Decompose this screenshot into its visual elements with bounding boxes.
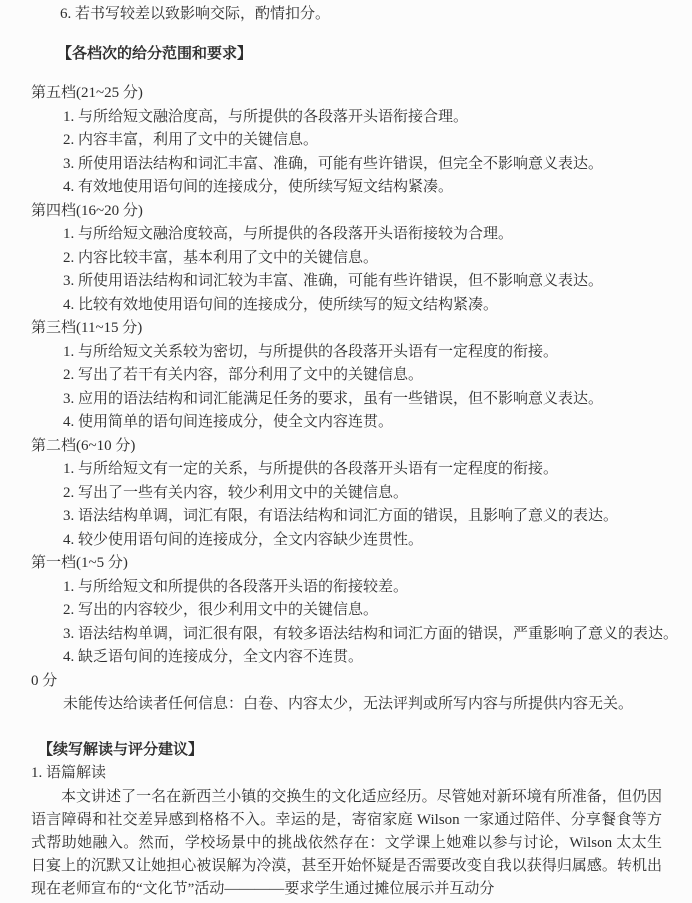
band-item: 4. 比较有效地使用语句间的连接成分，使所续写的短文结构紧凑。 xyxy=(0,294,692,318)
band-item: 2. 写出的内容较少，很少利用文中的关键信息。 xyxy=(0,599,692,623)
band-title: 第四档(16~20 分) xyxy=(0,200,692,224)
band-item: 1. 与所给短文融洽度较高，与所提供的各段落开头语衔接较为合理。 xyxy=(0,223,692,247)
discourse-analysis-paragraph: 本文讲述了一名在新西兰小镇的交换生的文化适应经历。尽管她对新环境有所准备，但仍因… xyxy=(31,786,662,901)
band-four: 第四档(16~20 分) 1. 与所给短文融洽度较高，与所提供的各段落开头语衔接… xyxy=(0,200,692,318)
band-two: 第二档(6~10 分) 1. 与所给短文有一定的关系，与所提供的各段落开头语有一… xyxy=(0,435,692,553)
band-item: 3. 所使用语法结构和词汇较为丰富、准确，可能有些许错误，但不影响意义表达。 xyxy=(0,270,692,294)
band-item: 2. 写出了若干有关内容，部分利用了文中的关键信息。 xyxy=(0,364,692,388)
band-item: 2. 写出了一些有关内容，较少利用文中的关键信息。 xyxy=(0,482,692,506)
band-item: 1. 与所给短文和所提供的各段落开头语的衔接较差。 xyxy=(0,576,692,600)
band-three: 第三档(11~15 分) 1. 与所给短文关系较为密切，与所提供的各段落开头语有… xyxy=(0,317,692,435)
band-zero: 0 分 未能传达给读者任何信息：白卷、内容太少，无法评判或所写内容与所提供内容无… xyxy=(0,670,692,717)
document-page: 6. 若书写较差以致影响交际，酌情扣分。 【各档次的给分范围和要求】 第五档(2… xyxy=(0,0,692,903)
band-five: 第五档(21~25 分) 1. 与所给短文融洽度高，与所提供的各段落开头语衔接合… xyxy=(0,82,692,200)
band-item: 4. 有效地使用语句间的连接成分，使所续写短文结构紧凑。 xyxy=(0,176,692,200)
band-item: 2. 内容丰富，利用了文中的关键信息。 xyxy=(0,129,692,153)
scoring-bands-heading: 【各档次的给分范围和要求】 xyxy=(0,43,692,67)
band-item: 4. 使用简单的语句间连接成分，使全文内容连贯。 xyxy=(0,411,692,435)
band-title: 第二档(6~10 分) xyxy=(0,435,692,459)
interpretation-heading: 【续写解读与评分建议】 xyxy=(0,739,692,763)
band-item: 4. 较少使用语句间的连接成分，全文内容缺少连贯性。 xyxy=(0,529,692,553)
band-item: 2. 内容比较丰富，基本利用了文中的关键信息。 xyxy=(0,247,692,271)
band-title: 第一档(1~5 分) xyxy=(0,552,692,576)
band-title: 第五档(21~25 分) xyxy=(0,82,692,106)
band-item: 3. 语法结构单调，词汇有限，有语法结构和词汇方面的错误，且影响了意义的表达。 xyxy=(0,505,692,529)
band-one: 第一档(1~5 分) 1. 与所给短文和所提供的各段落开头语的衔接较差。 2. … xyxy=(0,552,692,670)
band-title: 0 分 xyxy=(0,670,692,694)
discourse-analysis-subheading: 1. 语篇解读 xyxy=(0,762,692,786)
band-item: 1. 与所给短文关系较为密切，与所提供的各段落开头语有一定程度的衔接。 xyxy=(0,341,692,365)
band-item: 3. 应用的语法结构和词汇能满足任务的要求，虽有一些错误，但不影响意义表达。 xyxy=(0,388,692,412)
band-item: 4. 缺乏语句间的连接成分，全文内容不连贯。 xyxy=(0,646,692,670)
band-title: 第三档(11~15 分) xyxy=(0,317,692,341)
band-item: 未能传达给读者任何信息：白卷、内容太少，无法评判或所写内容与所提供内容无关。 xyxy=(0,693,692,717)
band-item: 1. 与所给短文有一定的关系，与所提供的各段落开头语有一定程度的衔接。 xyxy=(0,458,692,482)
band-item: 1. 与所给短文融洽度高，与所提供的各段落开头语衔接合理。 xyxy=(0,106,692,130)
band-item: 3. 语法结构单调，词汇很有限，有较多语法结构和词汇方面的错误，严重影响了意义的… xyxy=(0,623,692,647)
band-item: 3. 所使用语法结构和词汇丰富、准确，可能有些许错误，但完全不影响意义表达。 xyxy=(0,153,692,177)
handwriting-deduction-note: 6. 若书写较差以致影响交际，酌情扣分。 xyxy=(0,3,692,27)
